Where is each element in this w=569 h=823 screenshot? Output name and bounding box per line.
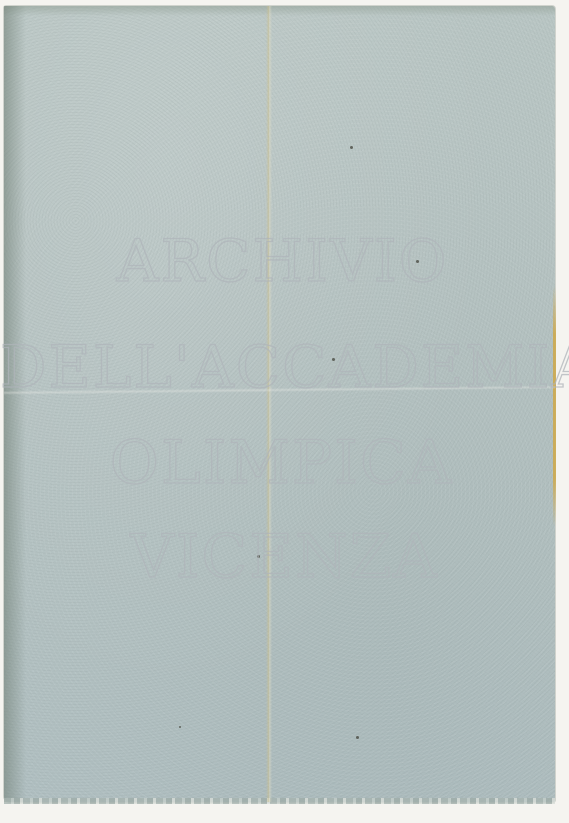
paper-right-edge [553, 286, 556, 526]
paper-speck [356, 736, 359, 739]
paper-speck [257, 555, 260, 558]
paper-speck [179, 726, 181, 728]
scan-page: ARCHIVIO DELL'ACCADEMIA OLIMPICA VICENZA [0, 0, 569, 823]
paper-top-edge [4, 6, 555, 16]
vertical-fold [266, 6, 272, 802]
horizontal-crease [4, 385, 555, 395]
paper-sheet [4, 6, 555, 802]
paper-left-edge [4, 6, 26, 802]
paper-speck [416, 260, 419, 263]
paper-bottom-edge [4, 798, 555, 804]
paper-speck [350, 146, 353, 149]
paper-speck [332, 358, 335, 361]
